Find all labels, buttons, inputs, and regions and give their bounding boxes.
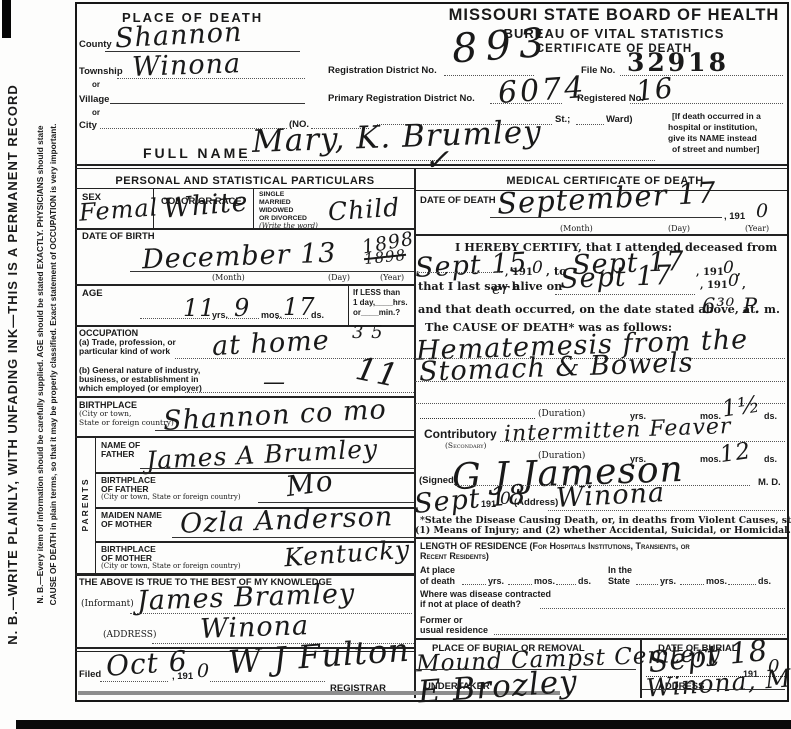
duration1-ds-label: ds.	[764, 412, 777, 421]
at-place-label2: of death	[420, 577, 455, 586]
death-year-suffix: 0	[756, 202, 769, 221]
parents-vertical-label: PARENTS	[81, 436, 93, 573]
death-time-value: 6³⁰ P.	[702, 296, 761, 317]
death-certificate-page: N. B.—WRITE PLAINLY, WITH UNFADING INK—T…	[0, 0, 791, 729]
res-fill-6	[728, 571, 756, 585]
registered-no-fill	[630, 90, 783, 104]
contracted-fill	[540, 595, 785, 609]
in-the-label: In the	[608, 566, 632, 575]
duration2-mos-label: mos.	[700, 455, 721, 464]
death-day-label: (Day)	[668, 225, 690, 233]
age-mos-fill	[226, 305, 259, 319]
filed-label: Filed	[79, 670, 101, 680]
st-label: St.;	[555, 115, 570, 125]
age-ds-fill	[276, 305, 308, 319]
duration2-ds-label: ds.	[764, 455, 777, 464]
res-fill-5	[680, 571, 704, 585]
or-label-1: or	[92, 81, 100, 89]
secondary-label: (Secondary)	[445, 442, 486, 450]
res-ds-label2: ds.	[758, 577, 771, 586]
age-label: AGE	[82, 289, 103, 299]
age-ds-label: ds.	[311, 311, 324, 320]
contracted-label2: if not at place of death?	[420, 600, 521, 609]
scan-artifact-bar	[16, 720, 791, 729]
cause-fill2	[415, 368, 785, 382]
township-fill-line	[117, 64, 305, 79]
her-handwritten: er	[492, 282, 510, 297]
from-year-prefix: , 191	[505, 268, 533, 279]
filed-year-suffix: 0	[197, 662, 210, 681]
mother-name-label2: OF MOTHER	[101, 520, 152, 529]
last-saw-fill	[555, 290, 695, 295]
father-row-rule	[95, 472, 414, 474]
file-no-label: File No.	[581, 66, 615, 76]
filed-year-prefix: , 191	[172, 672, 193, 682]
death-month-label: (Month)	[560, 225, 593, 233]
ward-fill	[576, 111, 604, 125]
ward-label: Ward)	[606, 115, 633, 125]
marital-label-1: SINGLE	[259, 191, 284, 198]
dob-year-label: (Year)	[380, 274, 404, 282]
date-of-death-fill	[490, 204, 722, 218]
less-than-line2: 1 day,____hrs.	[353, 299, 408, 307]
or-label-2: or	[92, 109, 100, 117]
footnote-rule	[416, 537, 787, 539]
dob-row-rule	[75, 284, 414, 286]
dob-label: DATE OF BIRTH	[82, 232, 155, 242]
pm-label: m.	[764, 304, 780, 316]
signed-year-prefix: 191	[481, 500, 496, 509]
primary-district-fill	[490, 90, 562, 104]
res-ds-label1: ds.	[578, 577, 591, 586]
date-of-death-label: DATE OF DEATH	[420, 196, 496, 206]
age-cell-divider	[348, 284, 349, 325]
marital-label-2: MARRIED	[259, 199, 291, 206]
contributory-label: Contributory	[424, 428, 497, 441]
occupation-b-label3: which employed (or employer)	[79, 384, 202, 393]
footnote-line2: (1) Means of Injury; and (2) whether Acc…	[415, 526, 791, 536]
checkmark-annotation: ✓	[424, 146, 450, 176]
occupation-a-label2: particular kind of work	[79, 347, 170, 356]
to-year-prefix: , 191	[696, 268, 724, 279]
death-year-prefix: , 191	[724, 212, 745, 222]
last-year-prefix: , 191	[700, 281, 728, 292]
informant-address-label: (ADDRESS)	[103, 631, 156, 640]
res-fill-4	[636, 571, 658, 585]
res-yrs-label1: yrs.	[488, 577, 504, 586]
board-title: MISSOURI STATE BOARD OF HEALTH	[440, 7, 788, 24]
hospital-note-line2: hospital or institution,	[668, 123, 757, 132]
primary-district-label: Primary Registration District No.	[328, 94, 475, 104]
village-fill-line	[110, 90, 305, 104]
age-yrs-fill	[140, 305, 210, 319]
parents-divider	[95, 436, 96, 573]
marital-value: Child	[327, 195, 401, 225]
occupation-b-fill	[185, 379, 414, 393]
duration1-fill	[420, 405, 535, 419]
from-fill	[417, 266, 502, 273]
undertaker-address-fill	[642, 676, 785, 690]
sidebar-note-line1: N. B.—Every item of information should b…	[36, 0, 48, 729]
city-label: City	[79, 121, 97, 131]
color-cell-divider	[253, 188, 254, 228]
state-label: State	[608, 577, 630, 586]
last-comma: ,	[742, 279, 746, 291]
full-name-label: FULL NAME	[143, 146, 251, 161]
res-fill-1	[462, 571, 486, 585]
sex-row-rule	[75, 228, 414, 230]
hospital-note-line3: give its NAME instead	[668, 134, 757, 143]
mother-bp-label3: (City or town, State or foreign country)	[101, 563, 241, 570]
stray-mark-a: 3 5	[352, 324, 384, 342]
sidebar-note-line2: CAUSE OF DEATH in plain terms, so that i…	[49, 0, 61, 729]
signed-address-fill	[548, 497, 785, 511]
village-label: Village	[79, 95, 109, 105]
res-fill-3	[556, 571, 576, 585]
father-name-label2: FATHER	[101, 450, 134, 459]
undertaker-signature: E Brozley	[417, 666, 579, 708]
birthplace-fill	[155, 417, 414, 431]
former-fill	[494, 621, 785, 635]
informant-label: (Informant)	[81, 600, 134, 609]
less-than-line1: If LESS than	[353, 289, 400, 297]
hospital-note-line4: of street and number]	[672, 145, 759, 154]
dod-row-rule	[416, 234, 787, 236]
death-year-label: (Year)	[745, 225, 769, 233]
duration1-label: (Duration)	[538, 410, 585, 419]
less-than-line3: or____min.?	[353, 309, 400, 317]
last-saw-value: Sept 17	[560, 262, 673, 293]
filed-fill1	[100, 668, 168, 682]
at-place-label1: At place	[420, 566, 455, 575]
md-label: M. D.	[758, 478, 781, 488]
dob-day-label: (Day)	[328, 274, 350, 282]
father-name-fill	[140, 455, 414, 469]
from-year-suffix: 0	[532, 260, 544, 277]
sex-value: Femal	[78, 195, 159, 224]
res-mos-label1: mos.	[534, 577, 555, 586]
former-label2: usual residence	[420, 626, 488, 635]
marital-label-3: WIDOWED	[259, 207, 293, 214]
color-value: White	[162, 188, 250, 222]
signed-year-suffix: 0	[500, 491, 512, 508]
res-yrs-label2: yrs.	[660, 577, 676, 586]
duration2-ds-value: 12	[719, 440, 753, 467]
registration-district-label: Registration District No.	[328, 66, 437, 76]
birthplace-sub1: (City or town,	[79, 410, 131, 418]
dob-month-label: (Month)	[212, 274, 245, 282]
dob-fill-line	[130, 258, 414, 272]
residence-label-line2: Recent Residents)	[420, 552, 489, 561]
father-bp-label3: (City or town, State or foreign country)	[101, 494, 241, 501]
sidebar-bold-note: N. B.—WRITE PLAINLY, WITH UNFADING INK—T…	[6, 0, 32, 729]
res-mos-label2: mos.	[706, 577, 727, 586]
res-fill-2	[508, 571, 532, 585]
last-year-suffix: 0	[728, 273, 740, 290]
hospital-note-line1: [If death occurred in a	[672, 112, 761, 121]
parents-bottom-rule	[75, 573, 414, 576]
